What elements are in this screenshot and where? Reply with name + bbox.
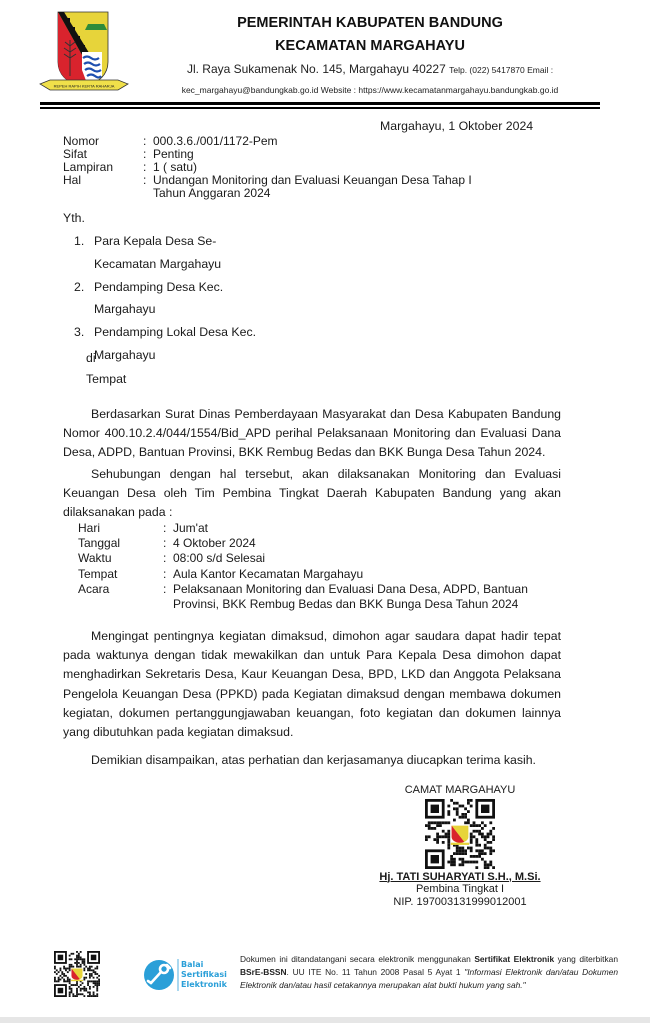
agenda-key: Tempat	[78, 567, 163, 582]
phone-email-label: Telp. (022) 5417870 Email :	[449, 65, 553, 75]
agenda-value: Pelaksanaan Monitoring dan Evaluasi Dana…	[173, 582, 553, 612]
qr-code-icon	[425, 799, 495, 869]
signer-nip: NIP. 197003131999012001	[360, 896, 560, 909]
agenda-value: Aula Kantor Kecamatan Margahayu	[173, 567, 553, 582]
electronic-signature-note: Dokumen ini ditandatangani secara elektr…	[240, 953, 618, 992]
note-bold-bsre: BSrE-BSSN	[240, 967, 287, 977]
letterhead-title-government: PEMERINTAH KABUPATEN BANDUNG	[140, 15, 600, 31]
viewer-bottom-band	[0, 1017, 650, 1023]
addressee-tempat: Tempat	[86, 372, 126, 386]
body-paragraph-3: Mengingat pentingnya kegiatan dimaksud, …	[63, 627, 561, 742]
agenda-row-tempat: Tempat : Aula Kantor Kecamatan Margahayu	[78, 567, 553, 582]
signer-name: Hj. TATI SUHARYATI S.H., M.Si.	[360, 871, 560, 884]
agenda-sep: :	[163, 567, 173, 582]
meta-value: 000.3.6./001/1172-Pem	[153, 135, 573, 148]
svg-text:Elektronik: Elektronik	[181, 980, 228, 989]
footer-qr-code-icon	[54, 951, 100, 997]
letterhead-divider-thick	[40, 102, 600, 105]
agenda-key: Waktu	[78, 551, 163, 566]
body-paragraph-2: Sehubungan dengan hal tersebut, akan dil…	[63, 465, 561, 523]
meta-row-hal: Hal : Undangan Monitoring dan Evaluasi K…	[63, 174, 573, 200]
recipient-list: 1. Para Kepala Desa Se-Kecamatan Margaha…	[74, 230, 274, 367]
agenda-sep: :	[163, 521, 173, 536]
note-bold-certificate: Sertifikat Elektronik	[474, 954, 554, 964]
letterhead-email-website: kec_margahayu@bandungkab.go.id Website :…	[140, 85, 600, 95]
meta-row-nomor: Nomor : 000.3.6./001/1172-Pem	[63, 135, 573, 148]
letter-date: Margahayu, 1 Oktober 2024	[380, 119, 533, 133]
signer-position: CAMAT MARGAHAYU	[360, 784, 560, 797]
meta-row-sifat: Sifat : Penting	[63, 148, 573, 161]
recipient-text: Para Kepala Desa Se-Kecamatan Margahayu	[94, 230, 274, 276]
recipient-number: 1.	[74, 230, 94, 276]
recipient-item: 3. Pendamping Lokal Desa Kec. Margahayu	[74, 321, 274, 367]
svg-text:Sertifikasi: Sertifikasi	[181, 970, 227, 979]
signature-block: CAMAT MARGAHAYU Hj. TATI SUHARYATI S.H.,…	[360, 784, 560, 908]
closing-paragraph: Demikian disampaikan, atas perhatian dan…	[63, 751, 561, 770]
agenda-value: 08:00 s/d Selesai	[173, 551, 553, 566]
letter-page: REPEH RAPIH KERTA RAHARJA PEMERINTAH KAB…	[0, 0, 650, 1017]
meta-value: Penting	[153, 148, 573, 161]
bsre-logo-icon: Balai Sertifikasi Elektronik	[143, 955, 233, 995]
svg-text:REPEH RAPIH KERTA RAHARJA: REPEH RAPIH KERTA RAHARJA	[54, 84, 115, 89]
recipient-text: Pendamping Lokal Desa Kec. Margahayu	[94, 321, 264, 367]
note-text: Dokumen ini ditandatangani secara elektr…	[240, 954, 474, 964]
letterhead-address: Jl. Raya Sukamenak No. 145, Margahayu 40…	[140, 62, 600, 76]
agenda-sep: :	[163, 582, 173, 612]
note-text: yang diterbitkan	[554, 954, 618, 964]
salutation: Yth.	[63, 211, 85, 225]
recipient-number: 2.	[74, 276, 94, 322]
agenda-key: Acara	[78, 582, 163, 612]
addressee-di: di	[86, 351, 96, 365]
agenda-value: 4 Oktober 2024	[173, 536, 553, 551]
agenda-row-tanggal: Tanggal : 4 Oktober 2024	[78, 536, 553, 551]
svg-text:Balai: Balai	[181, 960, 204, 969]
recipient-item: 2. Pendamping Desa Kec. Margahayu	[74, 276, 274, 322]
recipient-text: Pendamping Desa Kec. Margahayu	[94, 276, 244, 322]
meta-value: Undangan Monitoring dan Evaluasi Keuanga…	[153, 174, 483, 200]
agenda-key: Hari	[78, 521, 163, 536]
body-paragraph-1: Berdasarkan Surat Dinas Pemberdayaan Mas…	[63, 405, 561, 463]
meta-key: Hal	[63, 174, 143, 200]
agenda-key: Tanggal	[78, 536, 163, 551]
letter-meta: Nomor : 000.3.6./001/1172-Pem Sifat : Pe…	[63, 135, 573, 200]
signer-rank: Pembina Tingkat I	[360, 883, 560, 896]
agenda-sep: :	[163, 536, 173, 551]
agenda-sep: :	[163, 551, 173, 566]
note-text: . UU ITE No. 11 Tahun 2008 Pasal 5 Ayat …	[287, 967, 465, 977]
letterhead-divider-thin	[40, 107, 600, 109]
agenda-row-waktu: Waktu : 08:00 s/d Selesai	[78, 551, 553, 566]
meta-sep: :	[143, 174, 153, 200]
letterhead-title-district: KECAMATAN MARGAHAYU	[140, 38, 600, 54]
event-details: Hari : Jum'at Tanggal : 4 Oktober 2024 W…	[78, 521, 553, 612]
agenda-value: Jum'at	[173, 521, 553, 536]
agenda-row-hari: Hari : Jum'at	[78, 521, 553, 536]
recipient-item: 1. Para Kepala Desa Se-Kecamatan Margaha…	[74, 230, 274, 276]
address-text: Jl. Raya Sukamenak No. 145, Margahayu 40…	[187, 62, 446, 76]
kabupaten-bandung-emblem-icon: REPEH RAPIH KERTA RAHARJA	[38, 10, 130, 94]
agenda-row-acara: Acara : Pelaksanaan Monitoring dan Evalu…	[78, 582, 553, 612]
